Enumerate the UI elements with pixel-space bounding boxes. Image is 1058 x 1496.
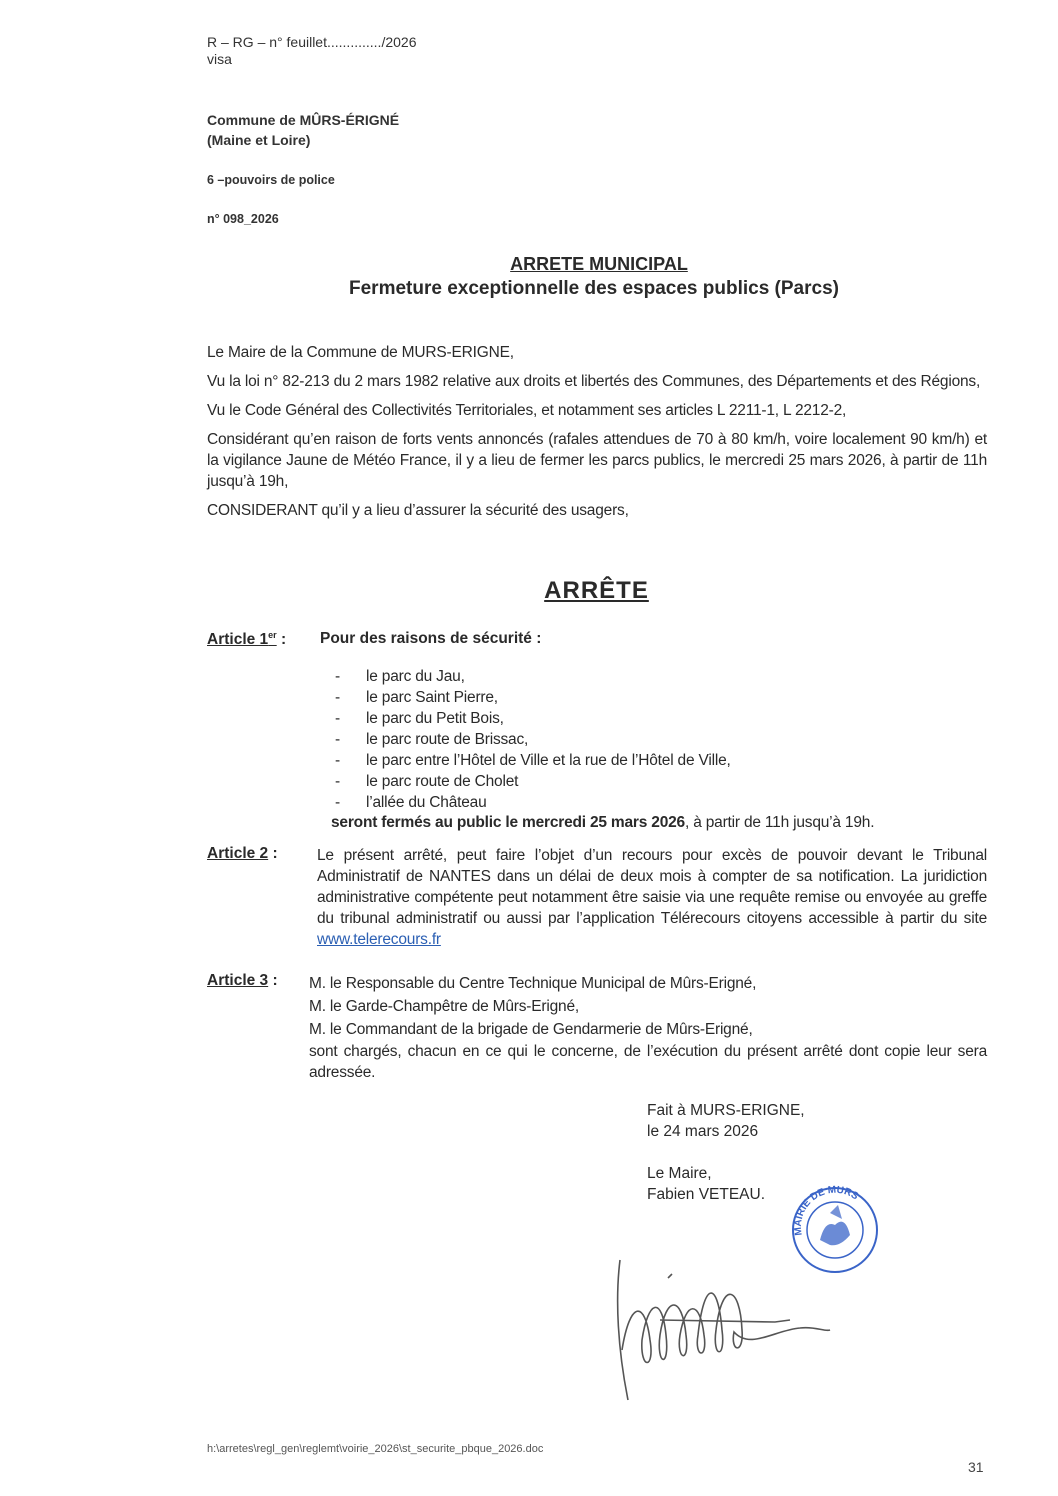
page-title: ARRETE MUNICIPAL — [0, 252, 1058, 276]
recipient-line: M. le Responsable du Centre Technique Mu… — [309, 972, 987, 995]
article-3-closing: sont chargés, chacun en ce qui le concer… — [309, 1041, 987, 1083]
recipient-line: M. le Garde-Champêtre de Mûrs-Erigné, — [309, 995, 987, 1018]
recipient-line: M. le Commandant de la brigade de Gendar… — [309, 1018, 987, 1041]
list-item: -le parc du Jau, — [335, 666, 731, 687]
article-2-text: Le présent arrêté, peut faire l’objet d’… — [317, 845, 987, 950]
list-item: -le parc Saint Pierre, — [335, 687, 731, 708]
list-item: -le parc route de Cholet — [335, 771, 731, 792]
park-list: -le parc du Jau, -le parc Saint Pierre, … — [335, 666, 731, 813]
title-block: ARRETE MUNICIPAL Fermeture exceptionnell… — [0, 252, 1058, 302]
article-1-title: Article 1er — [207, 631, 277, 648]
article-2-label: Article 2 : — [207, 845, 278, 863]
page-number: 31 — [968, 1459, 984, 1475]
list-item: -le parc entre l’Hôtel de Ville et la ru… — [335, 750, 731, 771]
visa-label: visa — [207, 51, 416, 68]
article-1-closing: seront fermés au public le mercredi 25 m… — [331, 814, 874, 832]
department-name: (Maine et Loire) — [207, 130, 399, 150]
commune-name: Commune de MÛRS-ÉRIGNÉ — [207, 110, 399, 130]
telerecours-link[interactable]: www.telerecours.fr — [317, 931, 441, 948]
preamble-considering-wind: Considérant qu’en raison de forts vents … — [207, 429, 987, 492]
list-item: -l’allée du Château — [335, 792, 731, 813]
signature-block: Fait à MURS-ERIGNE, le 24 mars 2026 Le M… — [647, 1100, 805, 1205]
article-3-text: M. le Responsable du Centre Technique Mu… — [309, 972, 987, 1083]
article-1-intro: Pour des raisons de sécurité : — [320, 630, 541, 648]
commune-block: Commune de MÛRS-ÉRIGNÉ (Maine et Loire) — [207, 110, 399, 150]
decree-number: n° 098_2026 — [207, 212, 279, 226]
preamble: Le Maire de la Commune de MURS-ERIGNE, V… — [207, 342, 987, 529]
sheet-reference: R – RG – n° feuillet............../2026 — [207, 34, 416, 51]
list-item: -le parc route de Brissac, — [335, 729, 731, 750]
article-3-label: Article 3 : — [207, 972, 278, 990]
preamble-law: Vu la loi n° 82-213 du 2 mars 1982 relat… — [207, 371, 987, 392]
signature-scribble-icon — [600, 1240, 890, 1410]
signature-place: Fait à MURS-ERIGNE, — [647, 1100, 805, 1121]
preamble-mayor: Le Maire de la Commune de MURS-ERIGNE, — [207, 342, 987, 363]
preamble-code: Vu le Code Général des Collectivités Ter… — [207, 400, 987, 421]
preamble-considering-safety: CONSIDERANT qu’il y a lieu d’assurer la … — [207, 500, 987, 521]
decree-heading: ARRÊTE — [0, 577, 1058, 605]
signature-date: le 24 mars 2026 — [647, 1121, 805, 1142]
document-reference: R – RG – n° feuillet............../2026 … — [207, 34, 416, 68]
page-subtitle: Fermeture exceptionnelle des espaces pub… — [0, 276, 1058, 302]
category-label: 6 –pouvoirs de police — [207, 173, 335, 187]
file-path: h:\arretes\regl_gen\reglemt\voirie_2026\… — [207, 1443, 543, 1455]
list-item: -le parc du Petit Bois, — [335, 708, 731, 729]
signatory-name: Fabien VETEAU. — [647, 1184, 805, 1205]
signatory-role: Le Maire, — [647, 1163, 805, 1184]
article-1-label: Article 1er : — [207, 630, 286, 649]
